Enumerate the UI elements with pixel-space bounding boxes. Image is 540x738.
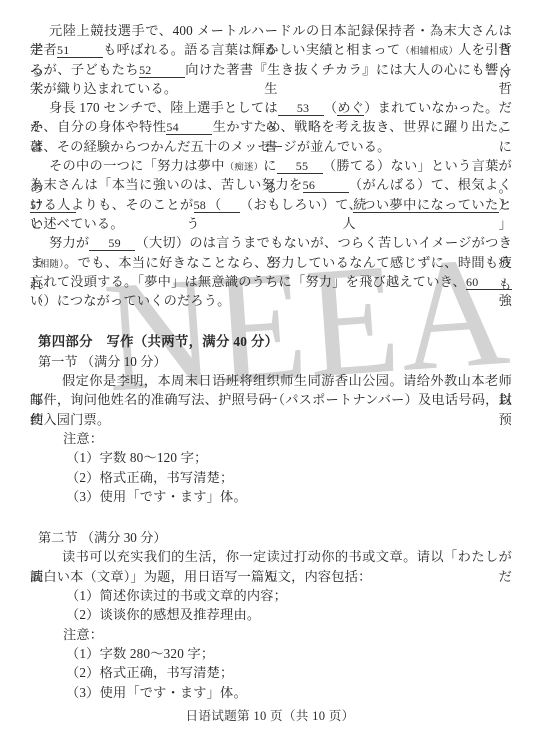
part1-title: 第一节 （满分 10 分） — [38, 352, 512, 371]
writing-line: 注意： — [63, 625, 512, 644]
page-footer: 日语试题第 10 页（共 10 页） — [0, 705, 540, 724]
passage-text: 学が織り込まれている。 — [30, 81, 177, 96]
part1-body: 假定你是李明，本周末日语班将组织师生同游香山公园。请给外教山本老师写一封邮件，询… — [30, 371, 512, 506]
passage-line: るが、子どもたち52向けた著書『生き抜くチカラ』には大人の心にも響く人生哲 — [30, 60, 512, 79]
writing-line: （1）字数 80～120 字； — [66, 448, 512, 467]
passage-line: ける人よりも、そのことが58（おもしろい）て、つい夢中になっていたという人」 — [30, 195, 512, 214]
underlined-reading: めぐ — [337, 100, 364, 116]
cloze-blank-55: 55 — [277, 159, 323, 174]
passage-text: 努力が — [49, 235, 89, 250]
passage-line: 為末さんは「本当に強いのは、苦しい努力を56（がんばる）て、根気よく57（続） — [30, 175, 512, 194]
writing-line: （3）使用「です・ます」体。 — [66, 487, 512, 506]
cloze-blank-59: 59 — [89, 236, 135, 251]
writing-line: 假定你是李明，本周末日语班将组织师生同游香山公园。请给外教山本老师写一封 — [30, 371, 512, 390]
gloss-annotation: （痴迷） — [225, 163, 264, 173]
passage-text: に — [263, 158, 277, 173]
passage-line: 身長 170 センチで、陸上選手としては53（めぐ）まれていなかった。だからこ — [30, 98, 512, 117]
cloze-blank-54: 54 — [166, 120, 212, 135]
gloss-annotation: （相随） — [30, 260, 64, 270]
passage-text: 為末さんは「本当に強いのは、苦しい努力を — [30, 177, 303, 192]
writing-line: 注意： — [63, 429, 512, 448]
passage-text: も呼ばれる。語る言葉は輝かしい実績と相まって — [103, 42, 400, 57]
writing-line: （2）谈谈你的感想及推荐理由。 — [66, 605, 512, 624]
cloze-blank-51: 51 — [57, 43, 103, 58]
cloze-blank-56: 56 — [303, 178, 349, 193]
passage-text: 学者 — [30, 42, 57, 57]
cloze-blank-53: 53 — [278, 101, 324, 116]
writing-line: （1）字数 280～320 字； — [66, 644, 512, 663]
page-content: 元陸上競技選手で、400 メートルハードルの日本記録保持者・為末大さんは走る哲学… — [30, 21, 512, 702]
passage-text: （ — [324, 100, 338, 115]
passage-text: 忘れて没頭する。「夢中」は無意識のうちに「努力」を飛び越えていき、 — [30, 274, 466, 289]
passage-text: そ、自分の身体や特性 — [30, 119, 166, 134]
part2-title: 第二节 （满分 30 分） — [38, 528, 512, 547]
passage-text: と述べている。 — [30, 216, 124, 231]
writing-line: （3）使用「です・ます」体。 — [66, 683, 512, 702]
passage-text: ける人よりも、そのことが — [30, 197, 194, 212]
passage-line: そ、自分の身体や特性54生かすため、戦略を考え抜き、世界に躍り出た。著書に — [30, 117, 512, 136]
passage-line: 努力が59（大切）のは言うまでもないが、つらく苦しいイメージがつきまとう — [30, 233, 512, 252]
passage-text: い）につながっていくのだろう。 — [30, 293, 231, 308]
exam-page: NEEA 元陸上競技選手で、400 メートルハードルの日本記録保持者・為末大さん… — [0, 0, 540, 738]
cloze-blank-52: 52 — [139, 63, 185, 78]
cloze-passage: 元陸上競技選手で、400 メートルハードルの日本記録保持者・為末大さんは走る哲学… — [30, 21, 512, 310]
passage-line: （相随）。でも、本当に好きなことなら、努力しているなんて感じずに、時間も疲れも — [30, 253, 512, 272]
writing-line: 读书可以充实我们的生活，你一定读过打动你的书或文章。请以「わたしが読んだ — [30, 547, 512, 566]
section4-heading: 第四部分 写作（共两节，满分 40 分） — [38, 332, 512, 351]
writing-line: （1）简述你读过的书或文章的内容； — [66, 586, 512, 605]
writing-line: （2）格式正确，书写清楚； — [66, 663, 512, 682]
passage-text: るが、子どもたち — [30, 62, 139, 77]
passage-text: は、その経験からつかんだ五十のメッセージが並んでいる。 — [30, 139, 391, 154]
gloss-annotation: （相辅相成） — [400, 47, 458, 57]
passage-text: その中の一つに「努力は夢中 — [49, 158, 225, 173]
passage-text: 身長 170 センチで、陸上選手としては — [49, 100, 278, 115]
passage-text: （がんばる）て、根気よく — [349, 177, 512, 192]
passage-line: 忘れて没頭する。「夢中」は無意識のうちに「努力」を飛び越えていき、60（強 — [30, 272, 512, 291]
passage-line: 学者51も呼ばれる。語る言葉は輝かしい実績と相まって（相辅相成）人を引きつけ — [30, 40, 512, 59]
writing-line: 邮件，询问他姓名的准确写法、护照号码（パスポートナンバー）及电话号码，以便预 — [30, 390, 512, 409]
cloze-blank-58: 58 — [194, 198, 240, 213]
passage-line: 元陸上競技選手で、400 メートルハードルの日本記録保持者・為末大さんは走る哲 — [30, 21, 512, 40]
cloze-blank-60: 60 — [466, 275, 512, 290]
writing-line: （2）格式正确，书写清楚； — [66, 468, 512, 487]
passage-line: その中の一つに「努力は夢中（痴迷）に55（勝てる）ない」という言葉がある。 — [30, 156, 512, 175]
part2-body: 读书可以充实我们的生活，你一定读过打动你的书或文章。请以「わたしが読んだ面白い本… — [30, 547, 512, 701]
